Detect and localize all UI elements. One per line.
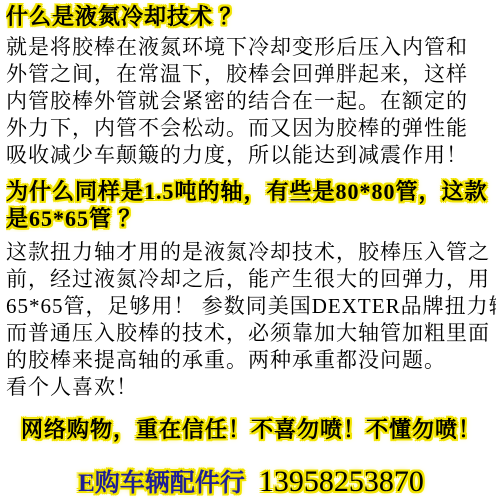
contact-line: E购车辆配件行 13958253870 — [6, 463, 496, 500]
para1-line: 内管胶棒外管就会紧密的结合在一起。在额定的 — [6, 88, 496, 115]
para2-line: 前，经过液氮冷却之后，能产生很大的回弹力，用 — [6, 266, 496, 293]
para2-line: 的胶棒来提高轴的承重。两种承重都没问题。 — [6, 347, 496, 374]
para1-line: 吸收减少车颠簸的力度，所以能达到减震作用！ — [6, 142, 496, 169]
para2-line: 而普通压入胶棒的技术，必须靠加大轴管加粗里面 — [6, 320, 496, 347]
heading-q2-line: 为什么同样是1.5吨的轴，有些是80*80管，这款 — [6, 178, 496, 205]
para1-line: 就是将胶棒在液氮环境下冷却变形后压入内管和 — [6, 34, 496, 61]
trust-banner: 网络购物，重在信任！不喜勿喷！不懂勿喷！ — [6, 415, 496, 445]
para2-line: 这款扭力轴才用的是液氮冷却技术，胶棒压入管之 — [6, 239, 496, 266]
para2-line: 看个人喜欢！ — [6, 374, 496, 401]
heading-what-is-liquid-nitrogen: 什么是液氮冷却技术 ？ — [6, 3, 496, 30]
paragraph-explanation-1: 就是将胶棒在液氮环境下冷却变形后压入内管和 外管之间，在常温下，胶棒会回弹胖起来… — [6, 34, 496, 169]
heading-q2-line: 是65*65管 ？ — [6, 205, 496, 232]
product-description-page: 什么是液氮冷却技术 ？ 就是将胶棒在液氮环境下冷却变形后压入内管和 外管之间，在… — [0, 0, 500, 500]
phone-number: 13958253870 — [259, 465, 424, 498]
para2-line: 65*65管，足够用！ 参数同美国DEXTER品牌扭力轴。 — [6, 293, 496, 320]
heading-why-65x65-tube: 为什么同样是1.5吨的轴，有些是80*80管，这款 是65*65管 ？ — [6, 178, 496, 232]
store-name: E购车辆配件行 — [78, 470, 245, 497]
para1-line: 外管之间，在常温下，胶棒会回弹胖起来，这样 — [6, 61, 496, 88]
paragraph-explanation-2: 这款扭力轴才用的是液氮冷却技术，胶棒压入管之 前，经过液氮冷却之后，能产生很大的… — [6, 239, 496, 401]
para1-line: 外力下，内管不会松动。而又因为胶棒的弹性能 — [6, 115, 496, 142]
